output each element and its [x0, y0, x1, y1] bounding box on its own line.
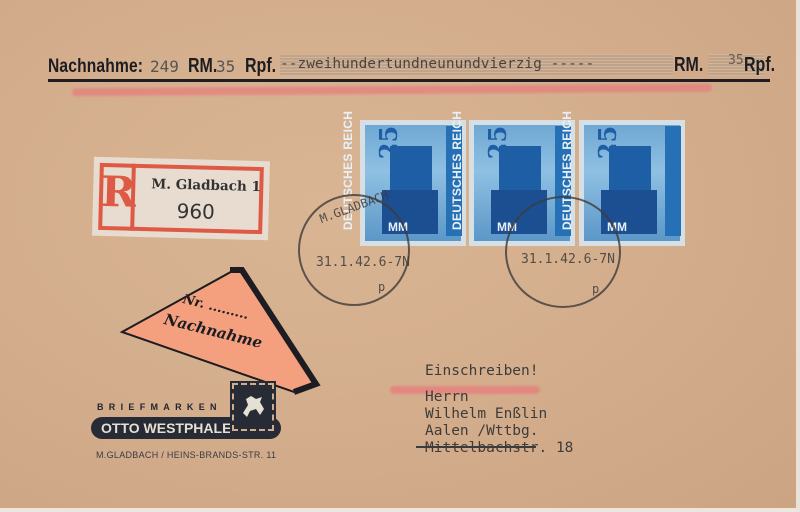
cod-label: Nr. ......... Nachnahme — [118, 264, 324, 398]
stamp-value: 25 — [374, 126, 403, 159]
rpf-value-2: 35 — [728, 53, 744, 68]
postmark-code: p — [592, 282, 599, 296]
amount-rm: 249 — [150, 57, 179, 76]
amount-words: --zweihundertundneunundvierzig ----- — [280, 56, 594, 72]
rm-label: RM. — [188, 55, 217, 78]
header-rule — [48, 79, 770, 82]
rpf-label: Rpf. — [245, 55, 276, 78]
registration-office: M. Gladbach 1 — [151, 176, 261, 195]
sender-address: M.GLADBACH / HEINS-BRANDS-STR. 11 — [96, 450, 276, 460]
rm-label-2: RM. — [674, 54, 703, 77]
postmark-date: 31.1.42.6-7N — [316, 255, 410, 270]
registered-note: Einschreiben! — [425, 363, 573, 380]
nachnahme-label: Nachnahme: — [48, 56, 143, 78]
postmark-date: 31.1.42.6-7N — [521, 252, 615, 267]
recipient-name: Wilhelm Enßlin — [425, 406, 573, 423]
red-crayon-line — [72, 84, 712, 96]
rpf-label-2: Rpf. — [744, 54, 775, 77]
amount-rpf: 35 — [216, 57, 235, 76]
recipient-block: Einschreiben! Herrn Wilhelm Enßlin Aalen… — [425, 363, 573, 457]
recipient-street: Mittelbachstr. 18 — [425, 440, 573, 457]
registration-number: 960 — [176, 199, 215, 224]
stamp-country: DEUTSCHES REICH — [450, 111, 464, 230]
city-underline — [416, 446, 536, 448]
nachnahme-header: Nachnahme: 249 RM. 35 Rpf. --zweihundert… — [48, 50, 770, 82]
envelope: Nachnahme: 249 RM. 35 Rpf. --zweihundert… — [0, 0, 800, 512]
recipient-city: Aalen /Wttbg. — [425, 423, 573, 440]
postmark-code: p — [378, 280, 385, 294]
registration-label: R M. Gladbach 1 960 — [92, 157, 270, 241]
stamp-band — [665, 126, 681, 236]
horse-icon — [238, 391, 268, 421]
sender-tagline: BRIEFMARKEN — [97, 402, 222, 412]
stamp-value: 25 — [483, 126, 512, 159]
horse-logo-icon — [232, 383, 274, 431]
stamp-value: 25 — [593, 126, 622, 159]
registration-letter: R — [101, 167, 137, 217]
sender-name: OTTO WESTPHALEN — [101, 420, 242, 436]
spacer — [425, 380, 573, 389]
recipient-salutation: Herrn — [425, 389, 573, 406]
